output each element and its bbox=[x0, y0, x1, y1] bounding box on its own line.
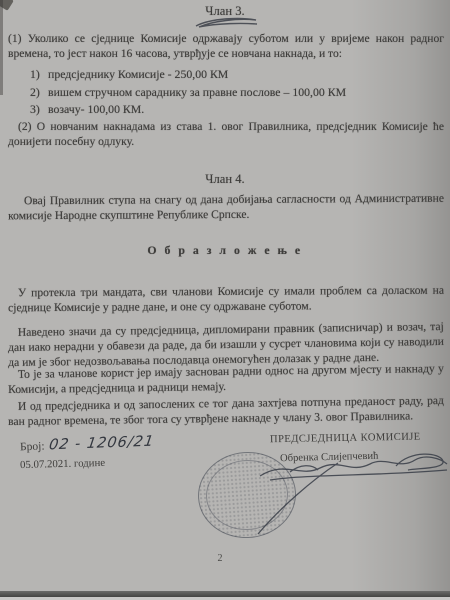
list-item-number: 2) bbox=[30, 84, 48, 102]
list-item-number: 3) bbox=[30, 101, 48, 119]
handwritten-underline-scribble bbox=[193, 15, 261, 31]
page-number: 2 bbox=[200, 553, 240, 564]
round-stamp-inner-ring bbox=[204, 457, 291, 533]
document-number-line: Број:02 - 1206/21 bbox=[20, 434, 154, 455]
article-4-paragraph: Овај Правилник ступа на снагу од дана до… bbox=[8, 191, 444, 224]
rationale-paragraph-1: У протекла три мандата, сви чланови Коми… bbox=[8, 283, 444, 316]
signer-name: Обренка Слијепчевић bbox=[280, 451, 379, 465]
rationale-heading: О б р а з л о ж е њ е bbox=[0, 243, 450, 258]
compensation-list: 1)предсједнику Комисије - 250,00 КМ 2)ви… bbox=[30, 66, 346, 119]
rationale-paragraph-4: И од предсједника и од запослених се тог… bbox=[8, 393, 444, 429]
list-item: 1)предсједнику Комисије - 250,00 КМ bbox=[30, 66, 346, 84]
document-date: 05.07.2021. године bbox=[20, 457, 105, 471]
scanned-document-page: Члан 3. (1) Уколико се сједнице Комисије… bbox=[0, 0, 450, 600]
list-item-text: возачу- 100,00 КМ. bbox=[48, 102, 144, 116]
document-number-handwritten: 02 - 1206/21 bbox=[47, 434, 154, 454]
list-item-text: вишем стручном сараднику за правне посло… bbox=[48, 85, 346, 99]
article-3-paragraph-2: (2) О новчаним накнадама из става 1. ово… bbox=[8, 119, 444, 149]
signer-title: ПРЕДСЈЕДНИЦА КОМИСИЈЕ bbox=[270, 432, 410, 445]
list-item-number: 1) bbox=[30, 66, 48, 84]
document-number-label: Број: bbox=[20, 440, 45, 453]
rationale-paragraph-3: То је за чланове корист јер имају заснов… bbox=[8, 361, 444, 397]
article-4-heading: Члан 4. bbox=[0, 172, 450, 187]
list-item-text: предсједнику Комисије - 250,00 КМ bbox=[48, 67, 228, 81]
list-item: 2)вишем стручном сараднику за правне пос… bbox=[30, 84, 346, 102]
article-3-paragraph-1: (1) Уколико се сједнице Комисије одржава… bbox=[8, 31, 444, 61]
list-item: 3)возачу- 100,00 КМ. bbox=[30, 101, 346, 119]
